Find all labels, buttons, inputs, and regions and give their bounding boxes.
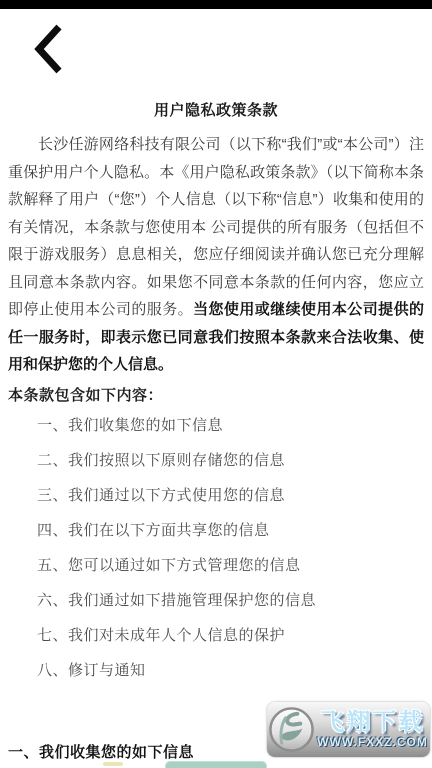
toc-item-8: 八、修订与通知	[37, 652, 424, 687]
yellow-dash-cutoff	[103, 762, 123, 766]
toc-item-1: 一、我们收集您的如下信息	[37, 407, 424, 442]
toc-item-3: 三、我们通过以下方式使用您的信息	[37, 477, 424, 512]
chevron-left-icon	[33, 23, 63, 78]
status-bar	[0, 0, 432, 9]
toc-item-5: 五、您可以通过如下方式管理您的信息	[37, 547, 424, 582]
privacy-policy-screen: 用户隐私政策条款 长沙任游网络科技有限公司（以下称“我们”或“本公司”）注重保护…	[0, 0, 432, 768]
toc-heading: 本条款包含如下内容：	[8, 384, 163, 405]
toc-item-6: 六、我们通过如下措施管理保护您的信息	[37, 582, 424, 617]
teal-bar-cutoff	[165, 761, 267, 768]
page-title: 用户隐私政策条款	[0, 99, 432, 120]
toc-item-7: 七、我们对未成年人个人信息的保护	[37, 617, 424, 652]
back-button[interactable]	[28, 20, 68, 80]
fxxz-watermark: 飞翔下载 WWW.FXXZ.COM	[267, 702, 430, 757]
policy-intro: 长沙任游网络科技有限公司（以下称“我们”或“本公司”）注重保护用户个人隐私。本《…	[8, 131, 424, 379]
watermark-text: 飞翔下载 WWW.FXXZ.COM	[317, 704, 428, 755]
fxxz-swan-logo-icon	[268, 706, 315, 753]
toc-list: 一、我们收集您的如下信息 二、我们按照以下原则存储您的信息 三、我们通过以下方式…	[37, 407, 424, 687]
toc-item-2: 二、我们按照以下原则存储您的信息	[37, 442, 424, 477]
watermark-url: WWW.FXXZ.COM	[317, 736, 428, 749]
watermark-brand: 飞翔下载	[321, 710, 425, 736]
section-1-heading: 一、我们收集您的如下信息	[8, 741, 194, 762]
toc-item-4: 四、我们在以下方面共享您的信息	[37, 512, 424, 547]
intro-normal-text: 长沙任游网络科技有限公司（以下称“我们”或“本公司”）注重保护用户个人隐私。本《…	[8, 136, 424, 318]
